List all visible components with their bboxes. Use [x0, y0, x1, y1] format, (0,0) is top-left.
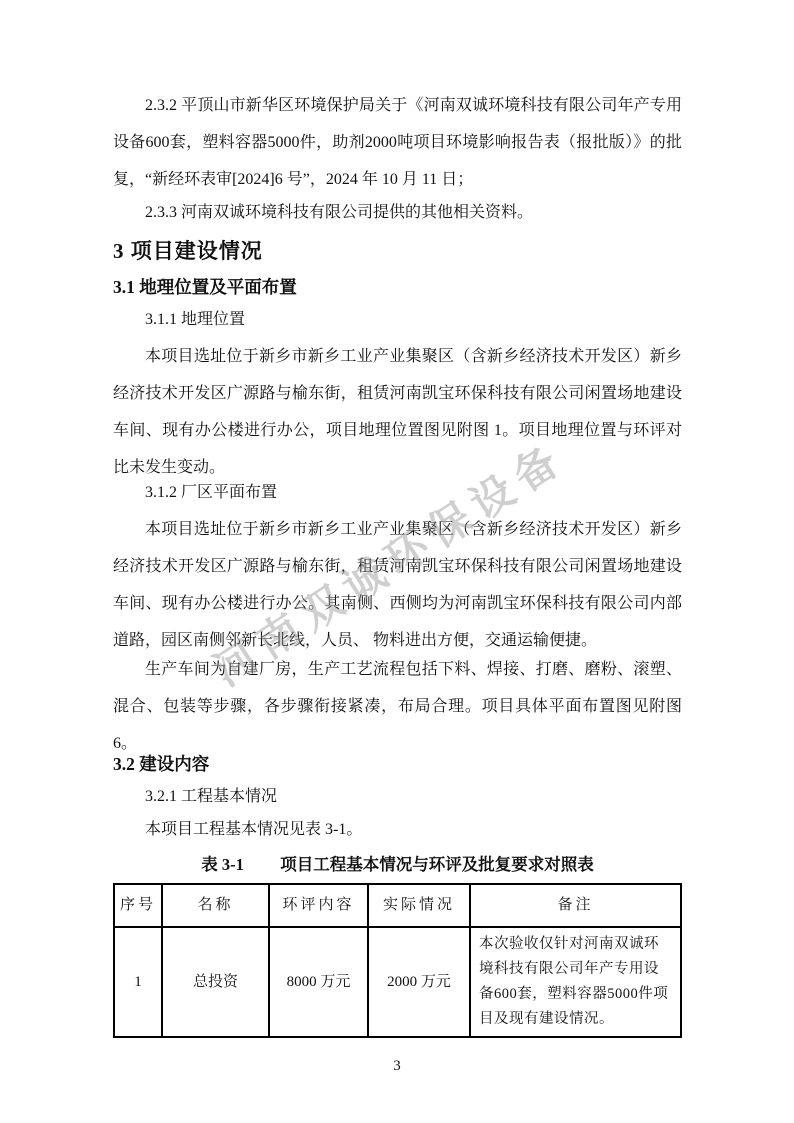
document-page: 河南双诚环保设备 2.3.2 平顶山市新华区环境保护局关于《河南双诚环境科技有限… [0, 0, 794, 1123]
table-caption: 项目工程基本情况与环评及批复要求对照表 [280, 855, 594, 874]
comparison-table: 序号 名称 环评内容 实际情况 备注 1 总投资 8000 万元 2000 万元… [113, 883, 682, 1038]
para-3-2-1: 本项目工程基本情况见表 3-1。 [113, 811, 682, 848]
cell-eia-content: 8000 万元 [269, 927, 368, 1037]
heading-sub-3-1-1: 3.1.1 地理位置 [113, 301, 682, 338]
heading-section-3-1: 3.1 地理位置及平面布置 [113, 269, 682, 305]
table-label: 表 3-1 [201, 855, 244, 874]
table-row: 1 总投资 8000 万元 2000 万元 本次验收仅针对河南双诚环境科技有限公… [114, 927, 681, 1037]
cell-name: 总投资 [162, 927, 269, 1037]
para-3-1-2-a: 本项目选址位于新乡市新乡工业产业集聚区（含新乡经济技术开发区）新乡经济技术开发区… [113, 511, 682, 659]
para-2-3-3: 2.3.3 河南双诚环境科技有限公司提供的其他相关资料。 [113, 194, 682, 231]
cell-actual: 2000 万元 [368, 927, 470, 1037]
table-title: 表 3-1项目工程基本情况与环评及批复要求对照表 [113, 848, 682, 882]
col-header-eia-content: 环评内容 [269, 884, 368, 927]
page-content: 2.3.2 平顶山市新华区环境保护局关于《河南双诚环境科技有限公司年产专用设备6… [113, 87, 682, 1038]
table-header-row: 序号 名称 环评内容 实际情况 备注 [114, 884, 681, 927]
col-header-name: 名称 [162, 884, 269, 927]
heading-sub-3-1-2: 3.1.2 厂区平面布置 [113, 474, 682, 511]
page-number: 3 [0, 1058, 794, 1075]
para-2-3-2: 2.3.2 平顶山市新华区环境保护局关于《河南双诚环境科技有限公司年产专用设备6… [113, 87, 682, 198]
cell-index: 1 [114, 927, 162, 1037]
heading-section-3-2: 3.2 建设内容 [113, 746, 682, 782]
col-header-remark: 备注 [470, 884, 681, 927]
col-header-actual: 实际情况 [368, 884, 470, 927]
cell-remark: 本次验收仅针对河南双诚环境科技有限公司年产专用设备600套，塑料容器5000件项… [470, 927, 681, 1037]
heading-chapter-3: 3 项目建设情况 [113, 233, 682, 269]
para-3-1-1: 本项目选址位于新乡市新乡工业产业集聚区（含新乡经济技术开发区）新乡经济技术开发区… [113, 338, 682, 486]
col-header-index: 序号 [114, 884, 162, 927]
heading-sub-3-2-1: 3.2.1 工程基本情况 [113, 778, 682, 815]
